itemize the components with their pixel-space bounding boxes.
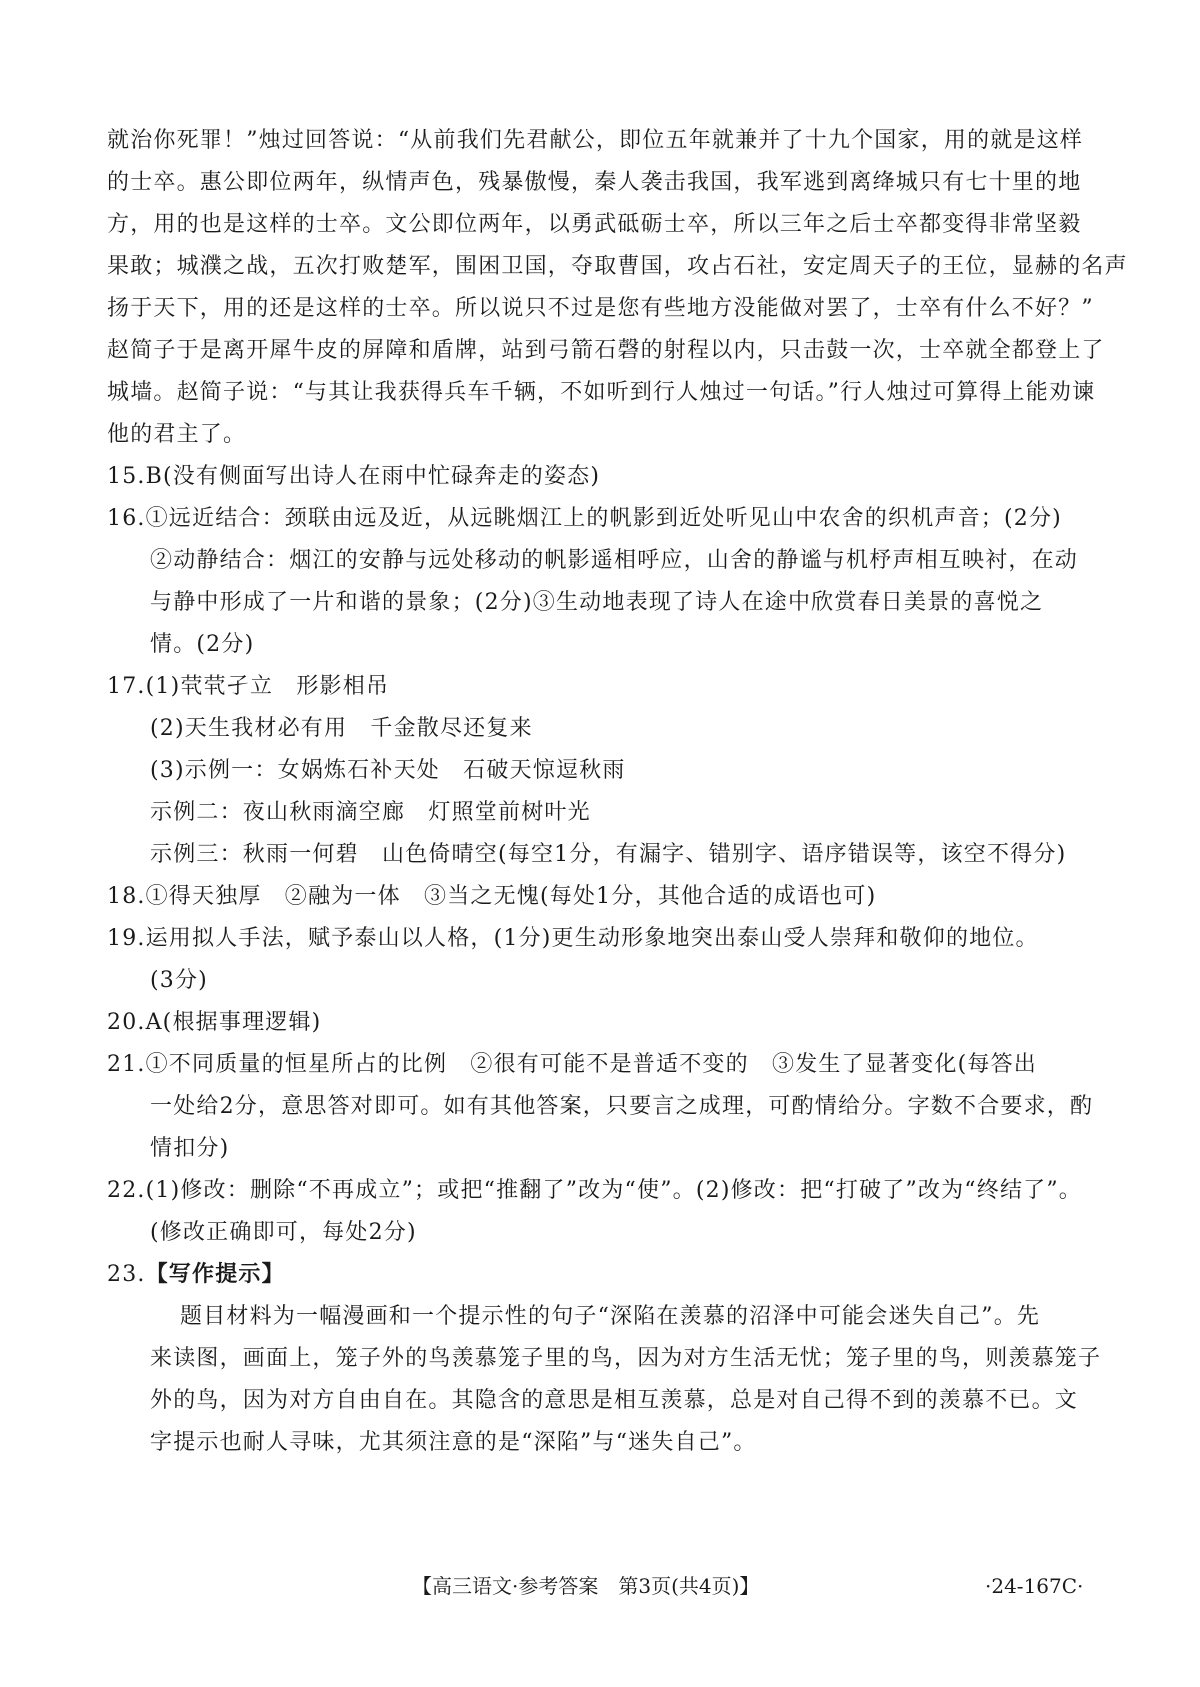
translation-line: 城墙。赵简子说：“与其让我获得兵车千辆，不如听到行人烛过一句话。”行人烛过可算得… xyxy=(107,372,1087,414)
question-number: 16. xyxy=(107,498,146,540)
answer-23-line: 题目材料为一幅漫画和一个提示性的句子“深陷在羡慕的沼泽中可能会迷失自己”。先 xyxy=(107,1296,1087,1338)
answer-text: ①远近结合：颈联由远及近，从远眺烟江上的帆影到近处听见山中农舍的织机声音；(2分… xyxy=(146,506,1062,531)
answer-17-line: (3)示例一：女娲炼石补天处 石破天惊逗秋雨 xyxy=(107,750,1087,792)
translation-line: 赵简子于是离开犀牛皮的屏障和盾牌，站到弓箭石磬的射程以内，只击鼓一次，士卒就全都… xyxy=(107,330,1087,372)
translation-line: 方，用的也是这样的士卒。文公即位两年，以勇武砥砺士卒，所以三年之后士卒都变得非常… xyxy=(107,204,1087,246)
answer-16-line: 与静中形成了一片和谐的景象；(2分)③生动地表现了诗人在途中欣赏春日美景的喜悦之 xyxy=(107,582,1087,624)
translation-line: 他的君主了。 xyxy=(107,414,1087,456)
question-number: 22. xyxy=(107,1170,146,1212)
question-number: 21. xyxy=(107,1044,146,1086)
answer-21-line: 情扣分) xyxy=(107,1128,1087,1170)
answer-23-line: 来读图，画面上，笼子外的鸟羡慕笼子里的鸟，因为对方生活无忧；笼子里的鸟，则羡慕笼… xyxy=(107,1338,1087,1380)
answer-19: 19.运用拟人手法，赋予泰山以人格，(1分)更生动形象地突出泰山受人崇拜和敬仰的… xyxy=(107,918,1087,960)
question-number: 19. xyxy=(107,918,146,960)
answer-22-line: (修改正确即可，每处2分) xyxy=(107,1212,1087,1254)
answer-17-line: (2)天生我材必有用 千金散尽还复来 xyxy=(107,708,1087,750)
answer-text: ①不同质量的恒星所占的比例 ②很有可能不是普适不变的 ③发生了显著变化(每答出 xyxy=(146,1052,1037,1077)
answer-key-page: 就治你死罪！”烛过回答说：“从前我们先君献公，即位五年就兼并了十九个国家，用的就… xyxy=(107,120,1087,1464)
answer-23-line: 外的鸟，因为对方自由自在。其隐含的意思是相互羡慕，总是对自己得不到的羡慕不已。文 xyxy=(107,1380,1087,1422)
question-number: 18. xyxy=(107,876,146,918)
answer-text: 运用拟人手法，赋予泰山以人格，(1分)更生动形象地突出泰山受人崇拜和敬仰的地位。 xyxy=(146,926,1039,951)
answer-16-line: ②动静结合：烟江的安静与远处移动的帆影遥相呼应，山舍的静谧与机杼声相互映衬，在动 xyxy=(107,540,1087,582)
page-footer: 【高三语文·参考答案 第3页(共4页)】 ·24-167C· xyxy=(0,1568,1200,1604)
answer-22: 22.(1)修改：删除“不再成立”；或把“推翻了”改为“使”。(2)修改：把“打… xyxy=(107,1170,1087,1212)
answer-20: 20.A(根据事理逻辑) xyxy=(107,1002,1087,1044)
answer-text: ①得天独厚 ②融为一体 ③当之无愧(每处1分，其他合适的成语也可) xyxy=(146,884,877,909)
translation-line: 就治你死罪！”烛过回答说：“从前我们先君献公，即位五年就兼并了十九个国家，用的就… xyxy=(107,120,1087,162)
question-number: 20. xyxy=(107,1002,146,1044)
question-number: 17. xyxy=(107,666,146,708)
answer-text: A(根据事理逻辑) xyxy=(146,1010,322,1035)
answer-text: (1)修改：删除“不再成立”；或把“推翻了”改为“使”。(2)修改：把“打破了”… xyxy=(146,1178,1082,1203)
translation-line: 果敢；城濮之战，五次打败楚军，围困卫国，夺取曹国，攻占石社，安定周天子的王位，显… xyxy=(107,246,1087,288)
answer-text: B(没有侧面写出诗人在雨中忙碌奔走的姿态) xyxy=(146,464,601,489)
answer-17-line: 示例三：秋雨一何碧 山色倚晴空(每空1分，有漏字、错别字、语序错误等，该空不得分… xyxy=(107,834,1087,876)
answer-17-line: 示例二：夜山秋雨滴空廊 灯照堂前树叶光 xyxy=(107,792,1087,834)
question-number: 15. xyxy=(107,456,146,498)
footer-code: ·24-167C· xyxy=(985,1568,1083,1604)
answer-16-line: 情。(2分) xyxy=(107,624,1087,666)
writing-tips-heading: 【写作提示】 xyxy=(146,1262,285,1287)
answer-23-line: 字提示也耐人寻味，尤其须注意的是“深陷”与“迷失自己”。 xyxy=(107,1422,1087,1464)
translation-line: 的士卒。惠公即位两年，纵情声色，残暴傲慢，秦人袭击我国，我军逃到离绛城只有七十里… xyxy=(107,162,1087,204)
answer-21-line: 一处给2分，意思答对即可。如有其他答案，只要言之成理，可酌情给分。字数不合要求，… xyxy=(107,1086,1087,1128)
question-number: 23. xyxy=(107,1254,146,1296)
answer-17: 17.(1)茕茕孑立 形影相吊 xyxy=(107,666,1087,708)
footer-page-info: 【高三语文·参考答案 第3页(共4页)】 xyxy=(412,1568,759,1604)
answer-16: 16.①远近结合：颈联由远及近，从远眺烟江上的帆影到近处听见山中农舍的织机声音；… xyxy=(107,498,1087,540)
answer-text: (1)茕茕孑立 形影相吊 xyxy=(146,674,390,699)
translation-line: 扬于天下，用的还是这样的士卒。所以说只不过是您有些地方没能做对罢了，士卒有什么不… xyxy=(107,288,1087,330)
answer-23: 23.【写作提示】 xyxy=(107,1254,1087,1296)
answer-18: 18.①得天独厚 ②融为一体 ③当之无愧(每处1分，其他合适的成语也可) xyxy=(107,876,1087,918)
answer-19-line: (3分) xyxy=(107,960,1087,1002)
answer-15: 15.B(没有侧面写出诗人在雨中忙碌奔走的姿态) xyxy=(107,456,1087,498)
answer-21: 21.①不同质量的恒星所占的比例 ②很有可能不是普适不变的 ③发生了显著变化(每… xyxy=(107,1044,1087,1086)
